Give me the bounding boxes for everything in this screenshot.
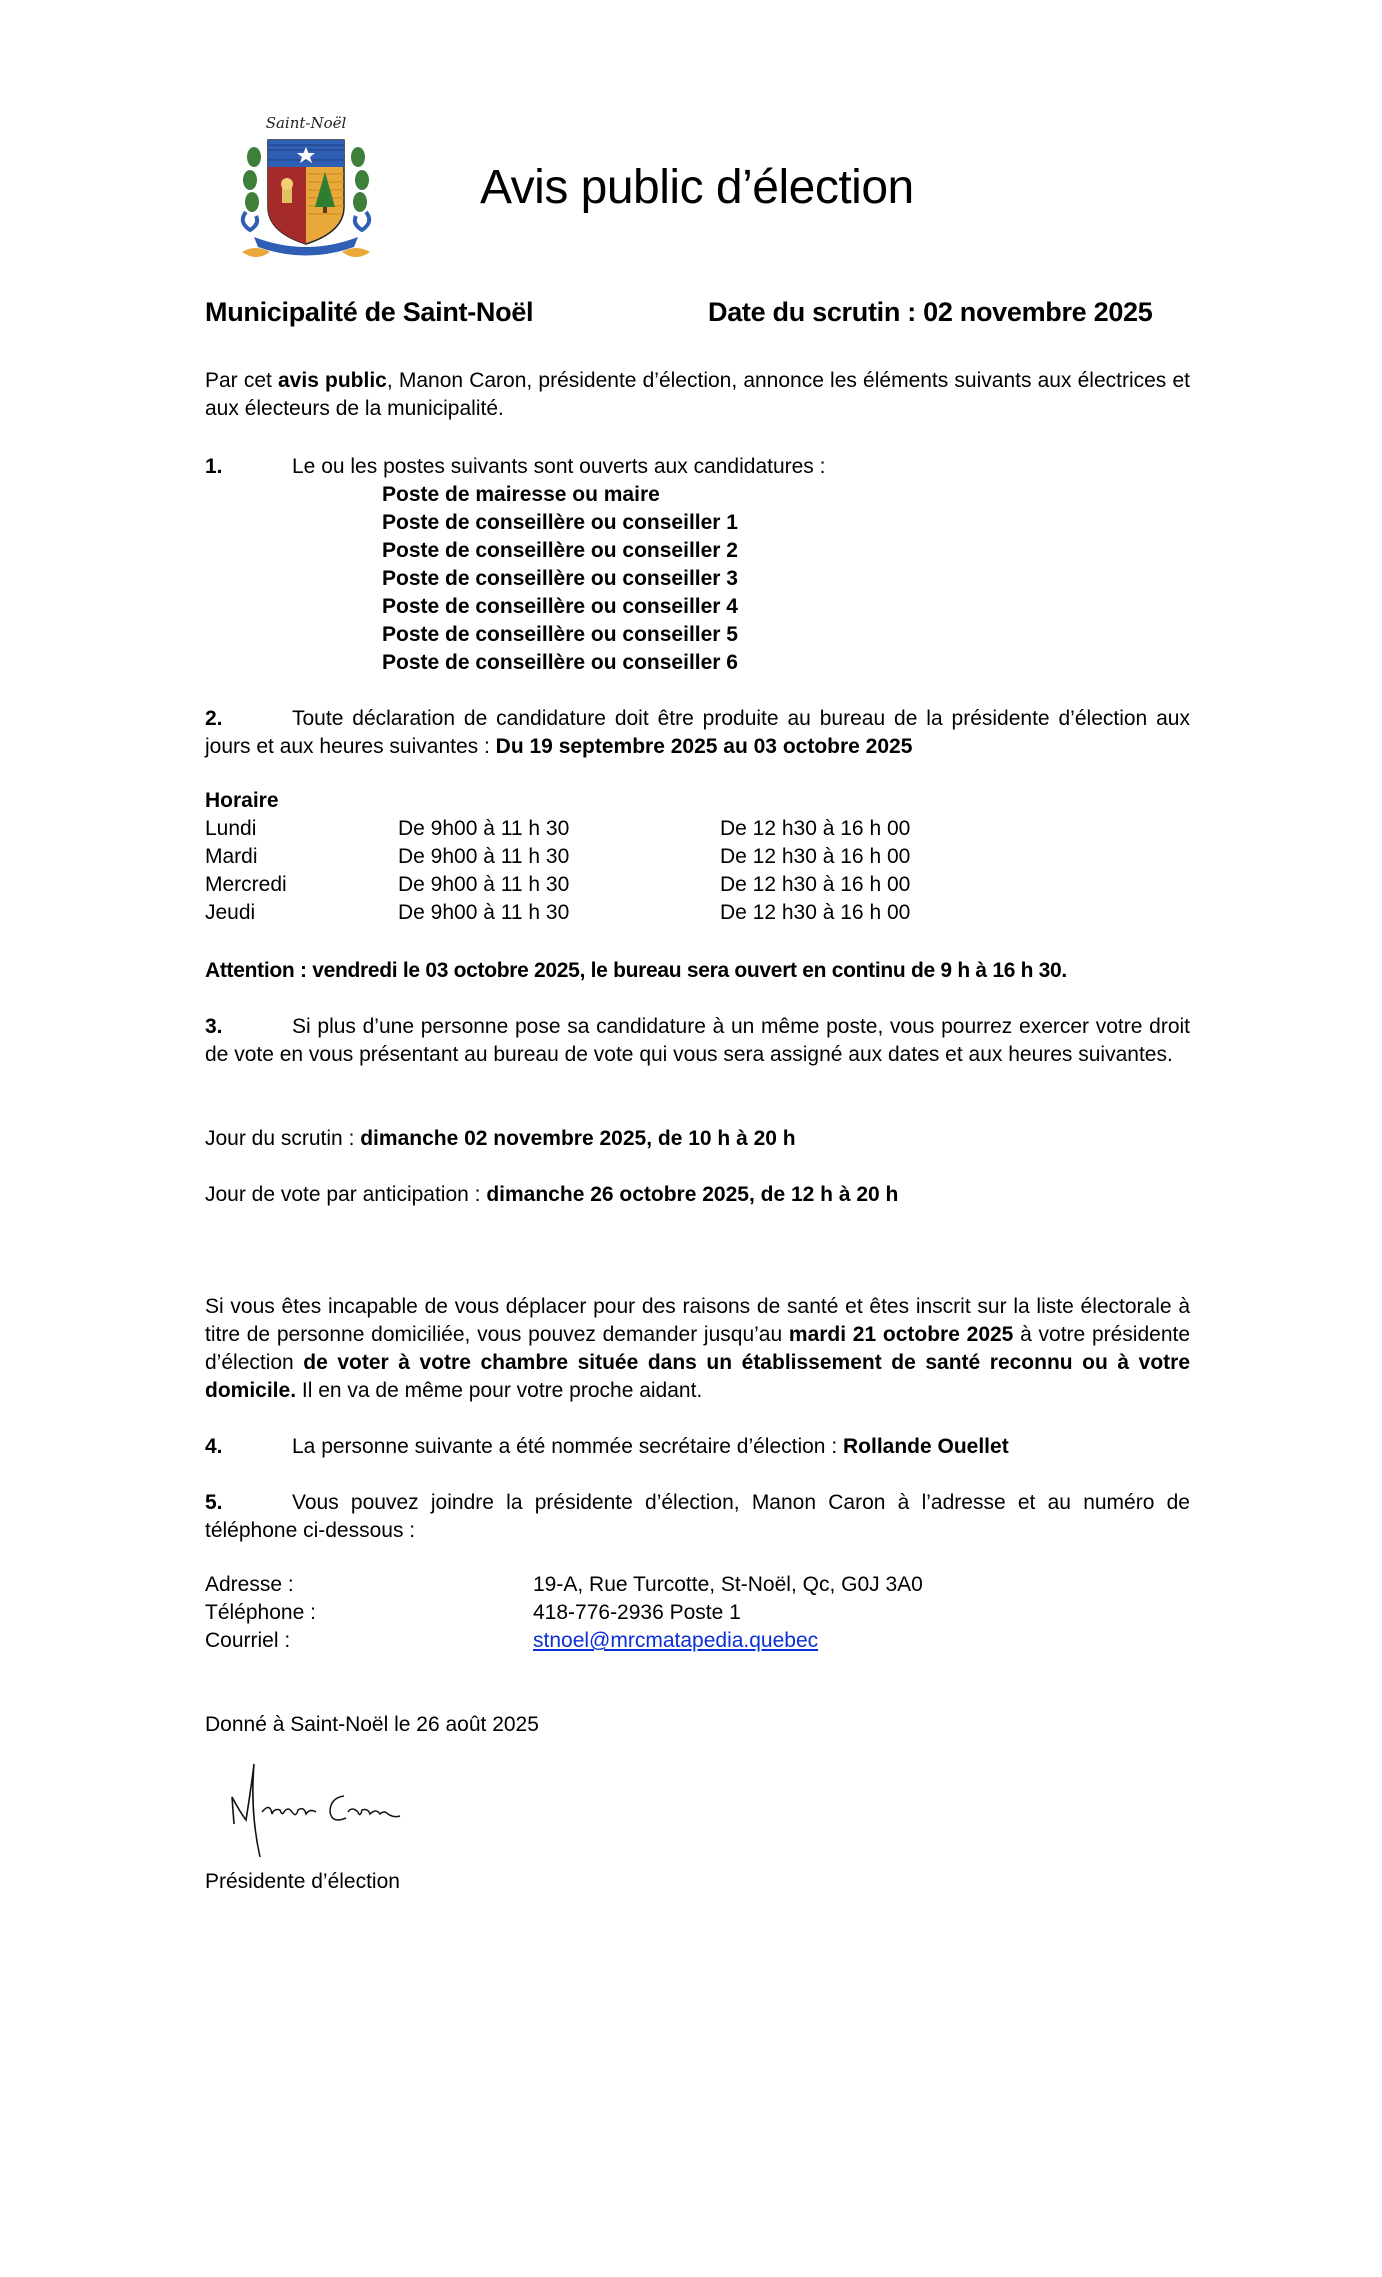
signatory-role: Présidente d’élection [205,1870,400,1894]
section-5: 5.Vous pouvez joindre la présidente d’él… [205,1489,1190,1545]
section-number: 3. [205,1013,292,1041]
page-title: Avis public d’élection [480,160,914,215]
contact-email: Courriel :stnoel@mrcmatapedia.quebec [205,1629,1190,1657]
contact-address: Adresse :19-A, Rue Turcotte, St-Noël, Qc… [205,1573,1190,1601]
scrutin-date: Date du scrutin : 02 novembre 2025 [708,297,1152,328]
position-item: Poste de conseillère ou conseiller 6 [382,649,738,677]
schedule-row: JeudiDe 9h00 à 11 h 30De 12 h30 à 16 h 0… [205,901,1005,929]
position-item: Poste de conseillère ou conseiller 4 [382,593,738,621]
schedule-row: MardiDe 9h00 à 11 h 30De 12 h30 à 16 h 0… [205,845,1005,873]
intro-paragraph: Par cet avis public, Manon Caron, présid… [205,367,1190,423]
position-item: Poste de conseillère ou conseiller 3 [382,565,738,593]
section-number: 1. [205,453,292,481]
email-link[interactable]: stnoel@mrcmatapedia.quebec [533,1629,818,1653]
health-voting-paragraph: Si vous êtes incapable de vous déplacer … [205,1293,1190,1405]
municipal-coat-of-arms-logo: Saint-Noël [236,112,376,262]
advance-voting-day: Jour de vote par anticipation : dimanche… [205,1181,1190,1209]
section-number: 2. [205,705,292,733]
municipality-name: Municipalité de Saint-Noël [205,297,533,328]
position-item: Poste de conseillère ou conseiller 5 [382,621,738,649]
signature-image [212,1752,422,1862]
position-item: Poste de conseillère ou conseiller 2 [382,537,738,565]
schedule-row: MercrediDe 9h00 à 11 h 30De 12 h30 à 16 … [205,873,1005,901]
section-1: 1.Le ou les postes suivants sont ouverts… [205,453,1190,481]
attention-notice: Attention : vendredi le 03 octobre 2025,… [205,957,1190,985]
logo-caption: Saint-Noël [266,114,347,132]
position-item: Poste de mairesse ou maire [382,481,738,509]
section-3: 3.Si plus d’une personne pose sa candida… [205,1013,1190,1069]
schedule-row: LundiDe 9h00 à 11 h 30De 12 h30 à 16 h 0… [205,817,1005,845]
open-positions-list: Poste de mairesse ou maire Poste de cons… [382,481,738,677]
position-item: Poste de conseillère ou conseiller 1 [382,509,738,537]
schedule-title: Horaire [205,789,279,813]
given-date: Donné à Saint-Noël le 26 août 2025 [205,1713,539,1737]
section-number: 5. [205,1489,292,1517]
contact-phone: Téléphone :418-776-2936 Poste 1 [205,1601,1190,1629]
section-2: 2.Toute déclaration de candidature doit … [205,705,1190,761]
section-4: 4.La personne suivante a été nommée secr… [205,1433,1190,1461]
section-number: 4. [205,1433,292,1461]
election-day: Jour du scrutin : dimanche 02 novembre 2… [205,1125,1190,1153]
